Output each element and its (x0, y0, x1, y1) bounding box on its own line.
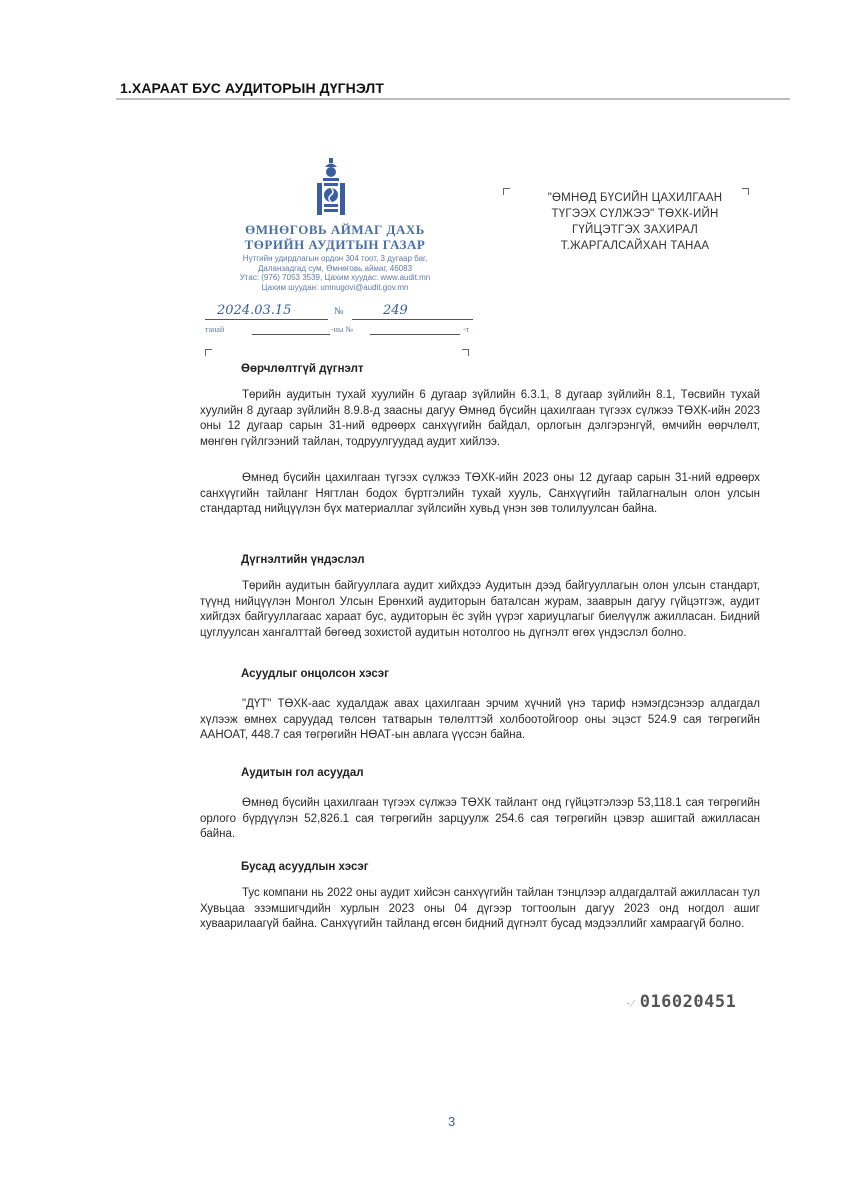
reference-line: танай -ны № -т (205, 323, 473, 337)
org-name-line2: ТӨРИЙН АУДИТЫН ГАЗАР (200, 237, 470, 252)
address-line1: Нутгийн удирдлагын ордон 304 тоот, 3 дуг… (200, 254, 470, 264)
stamp-mark-icon: ·⁄ (625, 999, 634, 1010)
stamp-serial-number: ·⁄016020451 (625, 992, 736, 1012)
other-matter-paragraph: Тус компани нь 2022 оны аудит хийсэн сан… (200, 886, 760, 933)
email: Цахим шуудан: umnugovi@audit.gov.mn (200, 283, 470, 293)
ref-underline-2 (370, 334, 460, 335)
opinion-paragraph-1: Төрийн аудитын тухай хуулийн 6 дугаар зү… (200, 388, 760, 450)
org-name-line1: ӨМНӨГОВЬ АЙМАГ ДАХЬ (200, 222, 470, 237)
serial-value: 016020451 (640, 992, 737, 1012)
number-label: № (334, 306, 344, 317)
key-matter-heading: Аудитын гол асуудал (241, 767, 364, 779)
addressee-line4: Т.ЖАРГАЛСАЙХАН ТАНАА (520, 238, 750, 254)
basis-paragraph: Төрийн аудитын байгууллага аудит хийхдээ… (200, 579, 760, 641)
addressee-block: "ӨМНӨД БҮСИЙН ЦАХИЛГААН ТҮГЭЭХ СҮЛЖЭЭ" Т… (520, 190, 750, 254)
ref-middle: -ны № (331, 325, 353, 334)
number-underline (352, 319, 473, 320)
phone-web: Утас: (976) 7053 3539, Цахим хуудас: www… (200, 273, 470, 283)
letter-date: 2024.03.15 (217, 303, 291, 318)
page-number: 3 (448, 1114, 455, 1129)
corner-mark (205, 349, 212, 356)
corner-mark (462, 349, 469, 356)
section-title: 1.ХАРААТ БУС АУДИТОРЫН ДҮГНЭЛТ (120, 80, 384, 96)
letter-number: 249 (383, 303, 408, 318)
basis-heading: Дүгнэлтийн үндэслэл (241, 554, 365, 566)
opinion-heading: Өөрчлөлтгүй дүгнэлт (241, 363, 364, 375)
state-emblem-icon (311, 158, 351, 220)
key-matter-paragraph: Өмнөд бүсийн цахилгаан түгээх сүлжээ ТӨХ… (200, 796, 760, 843)
addressee-line2: ТҮГЭЭХ СҮЛЖЭЭ" ТӨХК-ИЙН (520, 206, 750, 222)
addressee-line3: ГҮЙЦЭТГЭХ ЗАХИРАЛ (520, 222, 750, 238)
organization-contact: Нутгийн удирдлагын ордон 304 тоот, 3 дуг… (200, 254, 470, 292)
ref-suffix: -т (463, 325, 469, 334)
address-line2: Даланзадгад сум, Өмнөговь аймаг, 46083 (200, 264, 470, 274)
opinion-paragraph-2: Өмнөд бүсийн цахилгаан түгээх сүлжээ ТӨХ… (200, 471, 760, 518)
ref-underline-1 (252, 334, 330, 335)
corner-mark (503, 188, 510, 195)
addressee-line1: "ӨМНӨД БҮСИЙН ЦАХИЛГААН (520, 190, 750, 206)
emphasis-paragraph: "ДҮТ" ТӨХК-аас худалдаж авах цахилгаан э… (200, 697, 760, 744)
other-matter-heading: Бусад асуудлын хэсэг (241, 861, 369, 873)
section-rule (116, 98, 790, 100)
ref-prefix: танай (205, 325, 224, 334)
letter-date-number: 2024.03.15 № 249 (205, 303, 473, 321)
emphasis-heading: Асуудлыг онцолсон хэсэг (241, 668, 389, 680)
organization-name: ӨМНӨГОВЬ АЙМАГ ДАХЬ ТӨРИЙН АУДИТЫН ГАЗАР (200, 222, 470, 252)
date-underline (205, 319, 328, 320)
